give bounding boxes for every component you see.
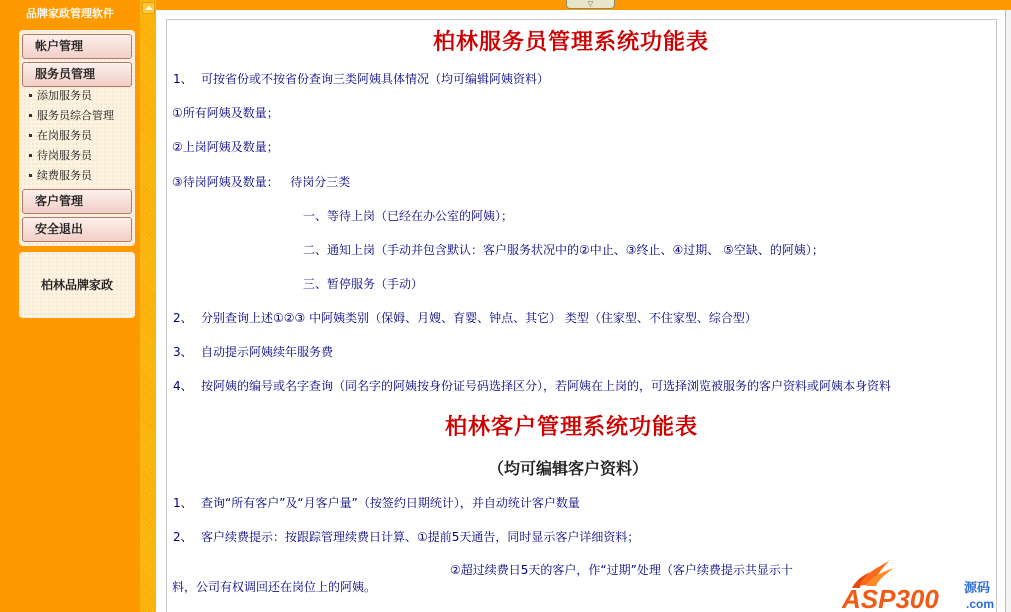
staff-item-1b: ②上岗阿姨及数量； xyxy=(172,138,279,155)
customer-section-title: 柏林客户管理系统功能表 xyxy=(445,410,698,441)
menu-account-management[interactable]: 帐户管理 xyxy=(22,34,132,59)
menu-panel: 帐户管理 服务员管理 添加服务员 服务员综合管理 在岗服务员 待岗服务员 续费服… xyxy=(19,30,135,246)
collapse-sidebar-icon[interactable] xyxy=(142,2,155,14)
menu-customer-management[interactable]: 客户管理 xyxy=(22,189,132,214)
frame-splitter[interactable] xyxy=(140,0,156,612)
staff-section-title: 柏林服务员管理系统功能表 xyxy=(433,25,709,56)
svg-text:.com: .com xyxy=(966,597,994,610)
bullet-icon xyxy=(29,174,32,177)
submenu-renewal-staff[interactable]: 续费服务员 xyxy=(29,169,92,183)
submenu-active-staff[interactable]: 在岗服务员 xyxy=(29,129,92,143)
customer-item-1: 1、查询“所有客户”及“月客户量”（按签约日期统计），并自动统计客户数量 xyxy=(173,494,580,511)
staff-item-1: 1、可按省份或不按省份查询三类阿姨具体情况（均可编辑阿姨资料） xyxy=(173,70,549,87)
waiting-type-1: 一、等待上岗（已经在办公室的阿姨）； xyxy=(303,207,513,224)
staff-item-2: 2、分别查询上述①②③ 中阿姨类别（保姆、月嫂、育婴、钟点、其它） 类型（住家型… xyxy=(173,309,757,326)
bullet-icon xyxy=(29,154,32,157)
svg-text:源码: 源码 xyxy=(964,580,990,596)
flame-icon: ASP300 源码 .com xyxy=(838,558,1004,610)
customer-section-subtitle: （均可编辑客户资料） xyxy=(488,456,648,479)
svg-text:ASP300: ASP300 xyxy=(841,584,939,610)
chevron-down-icon: ▽ xyxy=(588,0,593,8)
staff-item-3: 3、自动提示阿姨续年服务费 xyxy=(173,343,333,360)
bullet-icon xyxy=(29,134,32,137)
sidebar: 品牌家政管理软件 帐户管理 服务员管理 添加服务员 服务员综合管理 在岗服务员 … xyxy=(0,0,140,612)
brand-panel: 柏林品牌家政 xyxy=(19,252,135,318)
customer-item-2: 2、客户续费提示：按跟踪管理续费日计算、①提前5天通告，同时显示客户详细资料； xyxy=(173,528,639,545)
submenu-waiting-staff[interactable]: 待岗服务员 xyxy=(29,149,92,163)
customer-item-2b: ②超过续费日5天的客户，作“过期”处理（客户续费提示共显示十 xyxy=(450,561,793,578)
submenu-staff-overview[interactable]: 服务员综合管理 xyxy=(29,109,114,123)
menu-staff-management[interactable]: 服务员管理 xyxy=(22,62,132,87)
waiting-type-3: 三、暂停服务（手动） xyxy=(303,275,423,292)
menu-logout[interactable]: 安全退出 xyxy=(22,217,132,242)
waiting-type-2: 二、通知上岗（手动并包含默认：客户服务状况中的②中止、③终止、④过期、 ⑤空缺、… xyxy=(303,241,824,258)
watermark-logo: ASP300 源码 .com xyxy=(838,558,1004,610)
bullet-icon xyxy=(29,94,32,97)
customer-item-2c: 料，公司有权调回还在岗位上的阿姨。 xyxy=(172,578,376,595)
staff-item-4: 4、按阿姨的编号或名字查询（同名字的阿姨按身份证号码选择区分），若阿姨在上岗的，… xyxy=(173,377,891,394)
collapse-top-toggle[interactable]: ▽ xyxy=(566,0,615,9)
submenu-add-staff[interactable]: 添加服务员 xyxy=(29,89,92,103)
app-title: 品牌家政管理软件 xyxy=(0,5,140,21)
staff-item-1a: ①所有阿姨及数量； xyxy=(172,104,279,121)
staff-item-1c: ③待岗阿姨及数量： 待岗分三类 xyxy=(172,173,350,190)
bullet-icon xyxy=(29,114,32,117)
scrollbar[interactable] xyxy=(1005,10,1011,612)
